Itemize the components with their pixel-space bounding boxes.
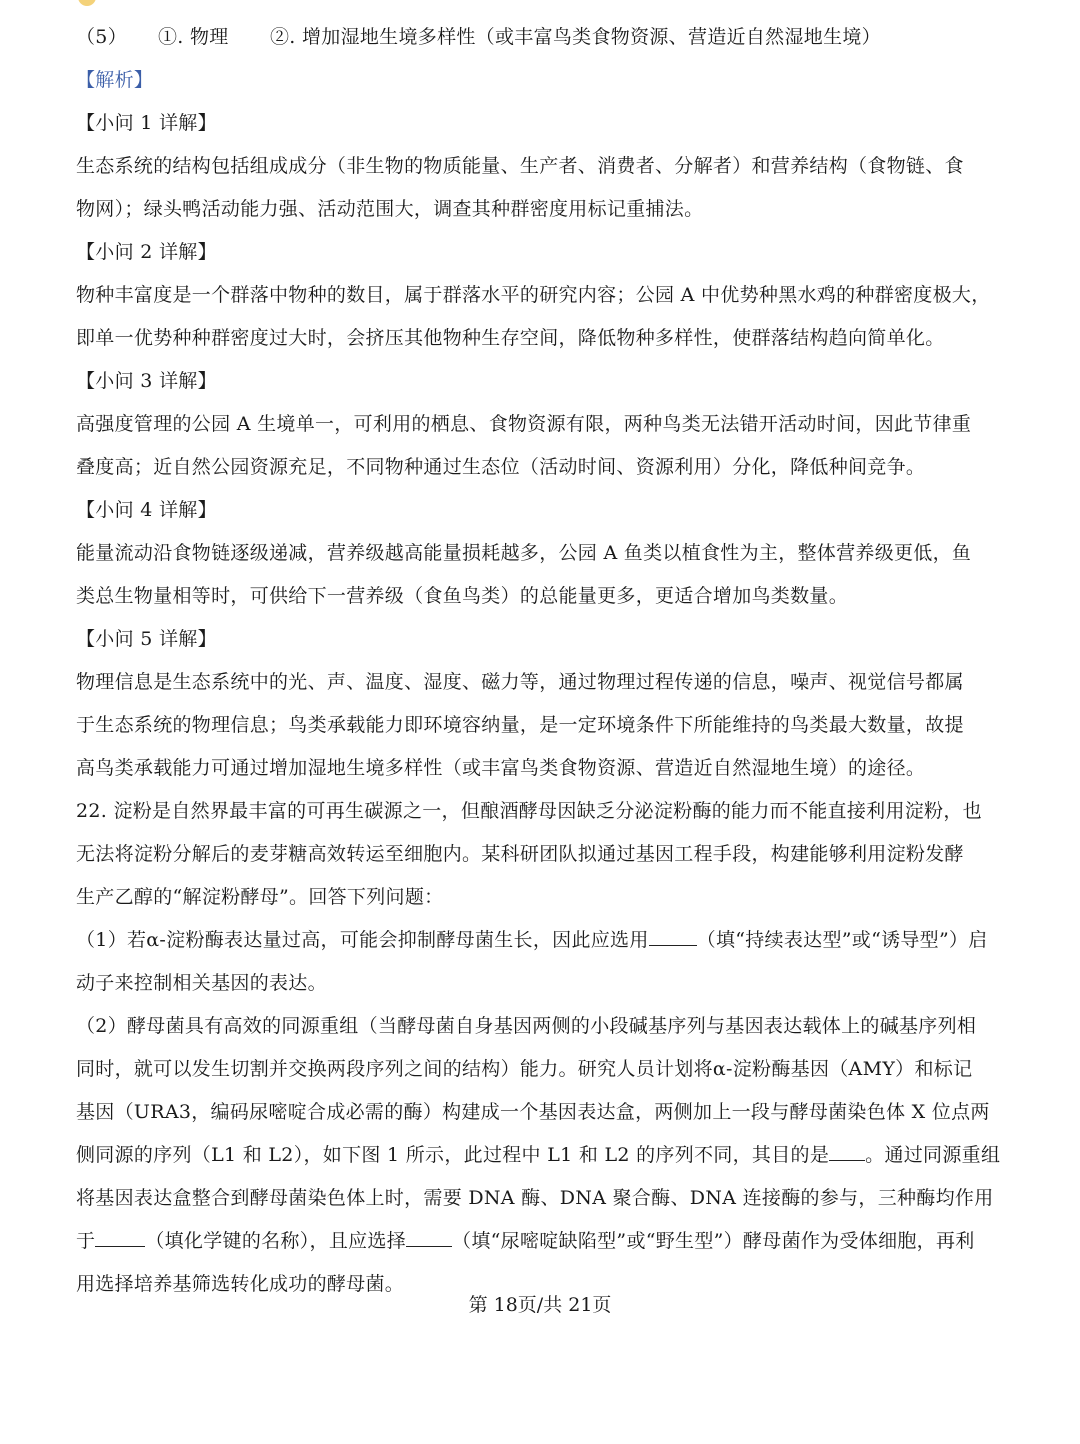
question-22-part-2: 于（填化学键的名称），且应选择（填“尿嘧啶缺陷型”或“野生型”）酵母菌作为受体细… xyxy=(76,1220,976,1263)
part-2-text: 。通过同源重组 xyxy=(865,1144,1000,1166)
answer-blank-chemical-bond xyxy=(95,1228,145,1247)
logo-text: WWW.ZXXK.COM xyxy=(100,0,172,2)
part-2-text: （填“尿嘧啶缺陷型”或“野生型”）酵母菌作为受体细胞，再利 xyxy=(452,1230,975,1252)
answer-blank-yeast-type xyxy=(406,1228,452,1247)
subquestion-5-heading: 【小问 5 详解】 xyxy=(76,618,976,661)
document-page: （5）①. 物理②. 增加湿地生境多样性（或丰富鸟类食物资源、营造近自然湿地生境… xyxy=(76,16,976,1306)
subquestion-1-text: 生态系统的结构包括组成成分（非生物的物质能量、生产者、消费者、分解者）和营养结构… xyxy=(76,145,976,188)
subquestion-5-text: 物理信息是生态系统中的光、声、温度、湿度、磁力等，通过物理过程传递的信息，噪声、… xyxy=(76,661,976,704)
question-22-part-2: 同时，就可以发生切割并交换两段序列之间的结构）能力。研究人员计划将α-淀粉酶基因… xyxy=(76,1048,976,1091)
part-1-text: （填“持续表达型”或“诱导型”）启 xyxy=(697,929,988,951)
subquestion-1-heading: 【小问 1 详解】 xyxy=(76,102,976,145)
question-22-intro: 22. 淀粉是自然界最丰富的可再生碳源之一，但酿酒酵母因缺乏分泌淀粉酶的能力而不… xyxy=(76,790,976,833)
answer-part-1: ①. 物理 xyxy=(158,16,270,59)
part-1-text: （1）若α-淀粉酶表达量过高，可能会抑制酵母菌生长，因此应选用 xyxy=(76,929,649,951)
question-22-part-1: （1）若α-淀粉酶表达量过高，可能会抑制酵母菌生长，因此应选用（填“持续表达型”… xyxy=(76,919,976,962)
answer-number: （5） xyxy=(76,16,158,59)
question-22-part-2: 侧同源的序列（L1 和 L2），如下图 1 所示，此过程中 L1 和 L2 的序… xyxy=(76,1134,976,1177)
answer-part-2: ②. 增加湿地生境多样性（或丰富鸟类食物资源、营造近自然湿地生境） xyxy=(270,16,881,59)
subquestion-4-text: 类总生物量相等时，可供给下一营养级（食鱼鸟类）的总能量更多，更适合增加鸟类数量。 xyxy=(76,575,976,618)
answer-blank-purpose xyxy=(829,1142,865,1161)
question-22-part-2: （2）酵母菌具有高效的同源重组（当酵母菌自身基因两侧的小段碱基序列与基因表达载体… xyxy=(76,1005,976,1048)
part-2-text: 于 xyxy=(76,1230,95,1252)
question-22-intro: 生产乙醇的“解淀粉酵母”。回答下列问题： xyxy=(76,876,976,919)
part-2-text: （填化学键的名称），且应选择 xyxy=(145,1230,406,1252)
question-22-part-2: 基因（URA3，编码尿嘧啶合成必需的酶）构建成一个基因表达盒，两侧加上一段与酵母… xyxy=(76,1091,976,1134)
analysis-label: 【解析】 xyxy=(76,59,976,102)
subquestion-2-text: 即单一优势种种群密度过大时，会挤压其他物种生存空间，降低物种多样性，使群落结构趋… xyxy=(76,317,976,360)
subquestion-1-text: 物网）；绿头鸭活动能力强、活动范围大，调查其种群密度用标记重捕法。 xyxy=(76,188,976,231)
subquestion-4-text: 能量流动沿食物链逐级递减，营养级越高能量损耗越多，公园 A 鱼类以植食性为主，整… xyxy=(76,532,976,575)
subquestion-5-text: 于生态系统的物理信息；鸟类承载能力即环境容纳量，是一定环境条件下所能维持的鸟类最… xyxy=(76,704,976,747)
subquestion-3-heading: 【小问 3 详解】 xyxy=(76,360,976,403)
subquestion-5-text: 高鸟类承载能力可通过增加湿地生境多样性（或丰富鸟类食物资源、营造近自然湿地生境）… xyxy=(76,747,976,790)
subquestion-2-heading: 【小问 2 详解】 xyxy=(76,231,976,274)
question-22-part-1: 动子来控制相关基因的表达。 xyxy=(76,962,976,1005)
watermark-logo: WWW.ZXXK.COM xyxy=(78,0,218,6)
subquestion-2-text: 物种丰富度是一个群落中物种的数目，属于群落水平的研究内容；公园 A 中优势种黑水… xyxy=(76,274,976,317)
answer-5: （5）①. 物理②. 增加湿地生境多样性（或丰富鸟类食物资源、营造近自然湿地生境… xyxy=(76,16,976,59)
logo-icon xyxy=(78,0,96,6)
answer-blank-promoter xyxy=(649,927,697,946)
question-22-part-2: 将基因表达盒整合到酵母菌染色体上时，需要 DNA 酶、DNA 聚合酶、DNA 连… xyxy=(76,1177,976,1220)
subquestion-3-text: 高强度管理的公园 A 生境单一，可利用的栖息、食物资源有限，两种鸟类无法错开活动… xyxy=(76,403,976,446)
part-2-text: 侧同源的序列（L1 和 L2），如下图 1 所示，此过程中 L1 和 L2 的序… xyxy=(76,1144,829,1166)
page-indicator: 第 18页/共 21页 xyxy=(0,1290,1080,1320)
question-22-intro: 无法将淀粉分解后的麦芽糖高效转运至细胞内。某科研团队拟通过基因工程手段，构建能够… xyxy=(76,833,976,876)
subquestion-3-text: 叠度高；近自然公园资源充足，不同物种通过生态位（活动时间、资源利用）分化，降低种… xyxy=(76,446,976,489)
subquestion-4-heading: 【小问 4 详解】 xyxy=(76,489,976,532)
